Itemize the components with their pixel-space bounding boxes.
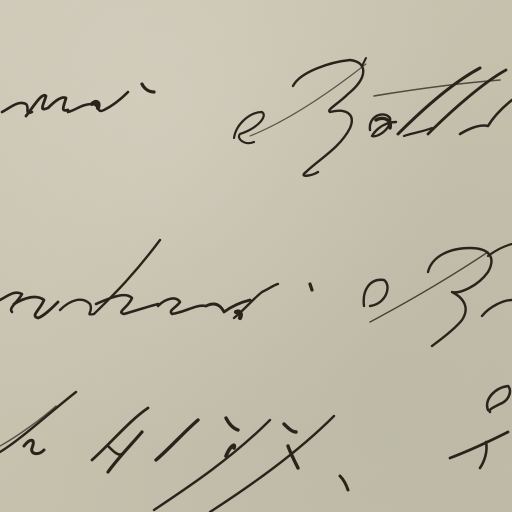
line-2-right-word: [364, 244, 512, 346]
line-3-right-word: [450, 386, 510, 468]
line-1-left-word: [2, 84, 154, 116]
line-1-right-word: [234, 58, 512, 176]
line-2-left-word: [0, 240, 312, 318]
line-3-left-word: [0, 392, 348, 512]
handwriting-layer: [0, 0, 512, 512]
